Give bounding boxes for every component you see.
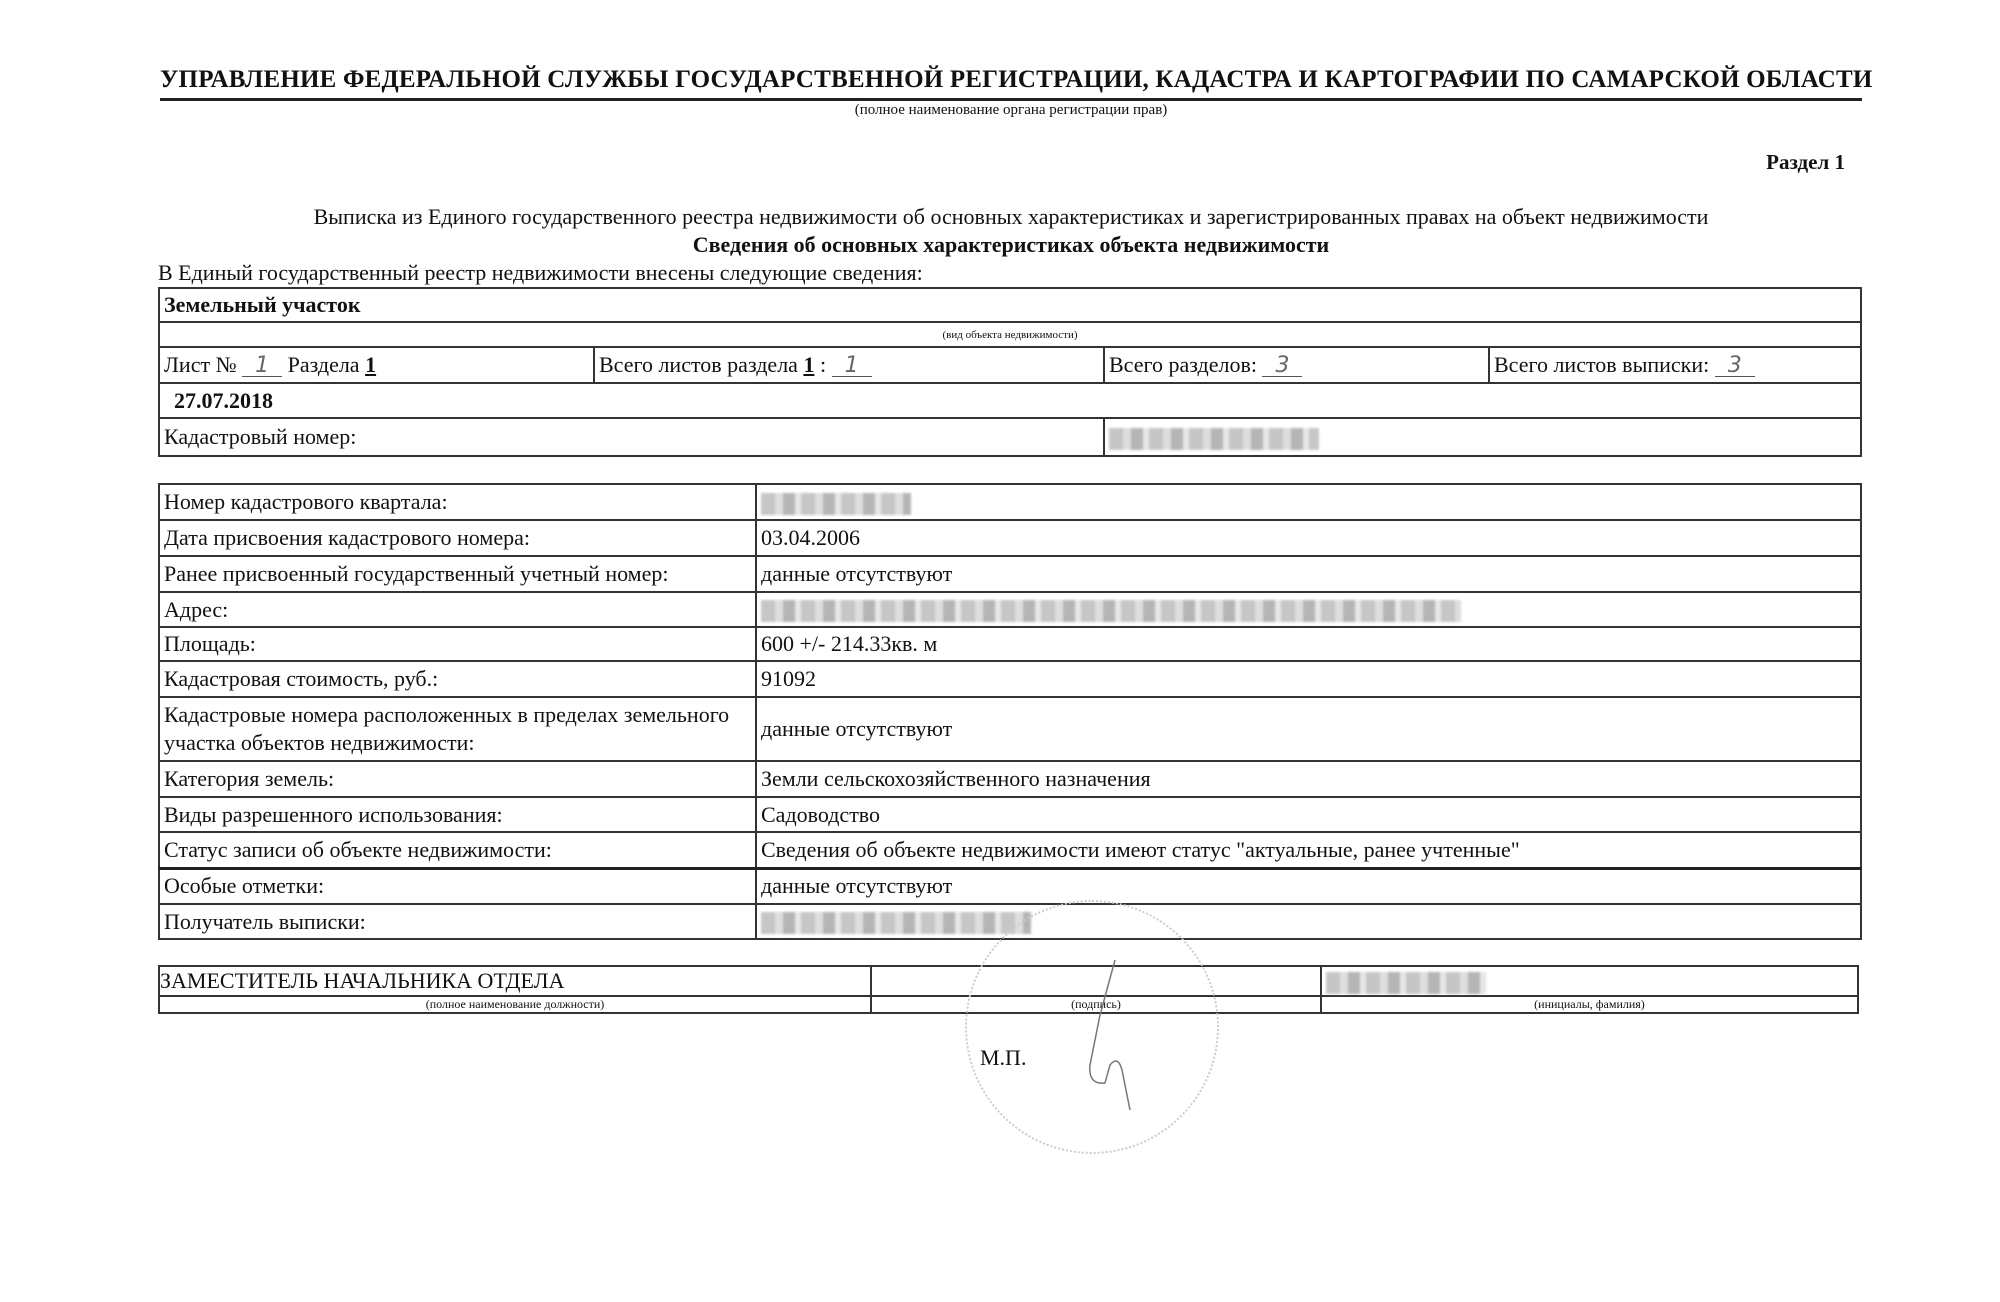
total-sections-handwritten: 3 <box>1262 356 1302 377</box>
redacted-block <box>761 600 1461 622</box>
table-row: Кадастровые номера расположенных в преде… <box>159 697 1861 761</box>
total-sheets-cell: Всего листов выписки: 3 <box>1489 347 1861 383</box>
name-caption: (инициалы, фамилия) <box>1321 996 1858 1013</box>
total-section-sheets-handwritten: 1 <box>832 356 872 377</box>
redacted-block <box>761 493 911 515</box>
table-row: Дата присвоения кадастрового номера: 03.… <box>159 520 1861 556</box>
table-row: Особые отметки: данные отсутствуют <box>159 868 1861 904</box>
cadastral-number-label: Кадастровый номер: <box>159 418 1104 456</box>
redacted-block <box>1109 428 1319 450</box>
table-row: Виды разрешенного использования: Садовод… <box>159 797 1861 832</box>
handwritten-signature-icon <box>1060 955 1150 1115</box>
extract-date: 27.07.2018 <box>159 383 1861 418</box>
table-row: Кадастровая стоимость, руб.: 91092 <box>159 661 1861 697</box>
position-caption: (полное наименование должности) <box>159 996 871 1013</box>
redacted-block <box>761 912 1031 934</box>
details-table: Номер кадастрового квартала: Дата присво… <box>158 483 1862 940</box>
intro-text: В Единый государственный реестр недвижим… <box>158 260 923 286</box>
stamp-place-label: М.П. <box>980 1045 1026 1071</box>
cadastral-number-value <box>1104 418 1861 456</box>
object-header-table: Земельный участок (вид объекта недвижимо… <box>158 287 1862 457</box>
table-row: Номер кадастрового квартала: <box>159 484 1861 520</box>
total-sections-cell: Всего разделов: 3 <box>1104 347 1489 383</box>
sheet-number-handwritten: 1 <box>242 356 282 377</box>
total-sheets-handwritten: 3 <box>1715 356 1755 377</box>
redacted-block <box>1326 972 1486 994</box>
official-position: ЗАМЕСТИТЕЛЬ НАЧАЛЬНИКА ОТДЕЛА <box>159 966 871 996</box>
table-row: Площадь: 600 +/- 214.33кв. м <box>159 627 1861 661</box>
table-row: Категория земель: Земли сельскохозяйстве… <box>159 761 1861 797</box>
table-row: Ранее присвоенный государственный учетны… <box>159 556 1861 592</box>
section-label: Раздел 1 <box>1700 150 1845 175</box>
document-subtitle: Сведения об основных характеристиках объ… <box>160 232 1862 258</box>
document-title: Выписка из Единого государственного реес… <box>160 204 1862 230</box>
official-name-cell <box>1321 966 1858 996</box>
table-row: Адрес: <box>159 592 1861 627</box>
sheet-number-cell: Лист № 1 Раздела 1 <box>159 347 594 383</box>
object-type: Земельный участок <box>159 288 1861 322</box>
organization-underline <box>160 98 1862 101</box>
organization-name: УПРАВЛЕНИЕ ФЕДЕРАЛЬНОЙ СЛУЖБЫ ГОСУДАРСТВ… <box>160 66 1862 94</box>
organization-caption: (полное наименование органа регистрации … <box>160 102 1862 119</box>
total-section-sheets-cell: Всего листов раздела 1 : 1 <box>594 347 1104 383</box>
object-type-caption: (вид объекта недвижимости) <box>159 322 1861 347</box>
table-row: Статус записи об объекте недвижимости: С… <box>159 832 1861 868</box>
